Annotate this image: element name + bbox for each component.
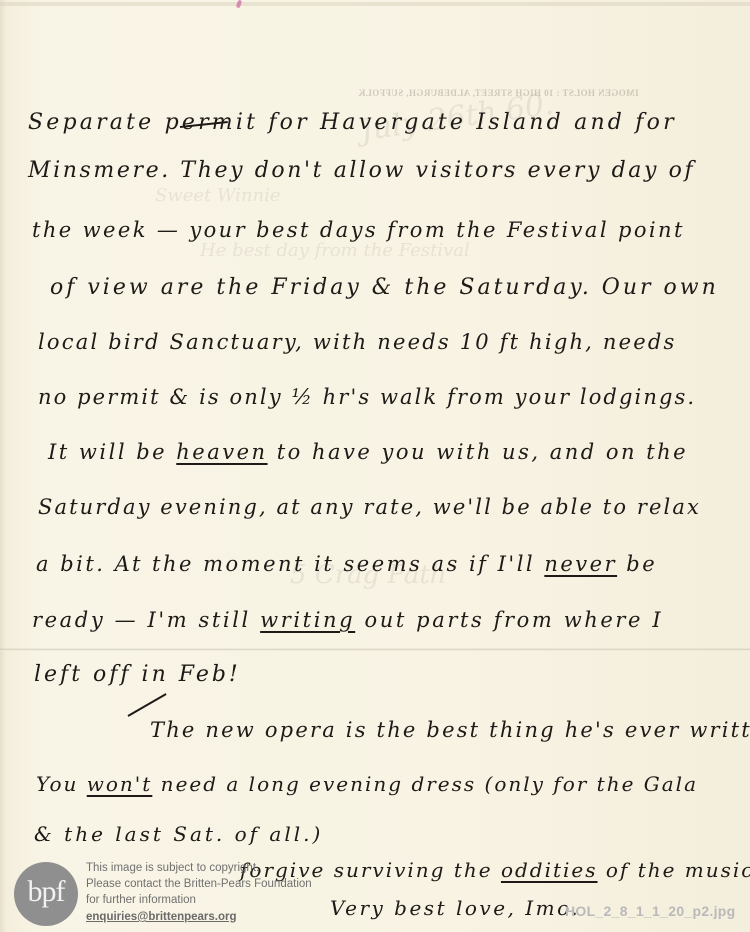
letter-line-4: of view are the Friday & the Saturday. O… (50, 275, 719, 300)
line-13-part-a: You (36, 772, 87, 796)
copyright-watermark: bpf This image is subject to copyright. … (10, 860, 380, 930)
show-through-line: He best day from the Festival (200, 240, 470, 261)
letter-line-12: The new opera is the best thing he's eve… (150, 718, 750, 742)
copyright-notice: This image is subject to copyright. (86, 862, 259, 874)
underlined-oddities: oddities (501, 858, 598, 882)
underlined-never: never (544, 552, 617, 576)
line-7-part-a: It will be (48, 440, 176, 464)
underlined-heaven: heaven (176, 440, 267, 464)
letter-line-6: no permit & is only ½ hr's walk from you… (38, 385, 696, 409)
bpf-logo: bpf (14, 862, 78, 926)
paper-edge-shadow (0, 0, 6, 932)
letter-line-3: the week — your best days from the Festi… (32, 218, 685, 242)
letter-line-8: Saturday evening, at any rate, we'll be … (38, 495, 701, 519)
letter-line-9: a bit. At the moment it seems as if I'll… (36, 552, 657, 576)
underlined-writing: writing (260, 608, 355, 632)
letter-line-10: ready — I'm still writing out parts from… (32, 608, 663, 632)
stroke-mark (128, 693, 167, 717)
line-7-part-b: to have you with us, and on the (268, 440, 689, 464)
line-9-part-b: be (617, 552, 657, 576)
paper-fold-crease (0, 648, 750, 651)
letter-line-11: left off in Feb! (34, 662, 241, 687)
further-info-notice: for further information (86, 894, 196, 906)
letter-line-1: Separate permit for Havergate Island and… (28, 110, 677, 135)
contact-notice: Please contact the Britten-Pears Foundat… (86, 878, 312, 890)
letter-line-2: Minsmere. They don't allow visitors ever… (28, 158, 695, 183)
letter-line-14: & the last Sat. of all.) (34, 822, 323, 846)
letter-line-13: You won't need a long evening dress (onl… (36, 772, 698, 796)
letter-line-7: It will be heaven to have you with us, a… (48, 440, 688, 464)
top-edge-crease (0, 2, 750, 6)
line-13-part-b: need a long evening dress (only for the … (152, 772, 698, 796)
letter-page: IMOGEN HOLST : 10 HIGH STREET, ALDEBURGH… (0, 0, 750, 932)
line-15-part-b: of the music dept. (598, 858, 750, 882)
enquiries-email-link[interactable]: enquiries@brittenpears.org (86, 911, 237, 923)
show-through-greeting: Sweet Winnie (155, 185, 281, 206)
line-10-part-a: ready — I'm still (32, 608, 260, 632)
letter-line-5: local bird Sanctuary, with needs 10 ft h… (38, 330, 677, 354)
image-filename-label: HOL_2_8_1_1_20_p2.jpg (565, 903, 736, 919)
underlined-wont: won't (87, 772, 153, 796)
line-9-part-a: a bit. At the moment it seems as if I'll (36, 552, 544, 576)
line-10-part-b: out parts from where I (355, 608, 663, 632)
